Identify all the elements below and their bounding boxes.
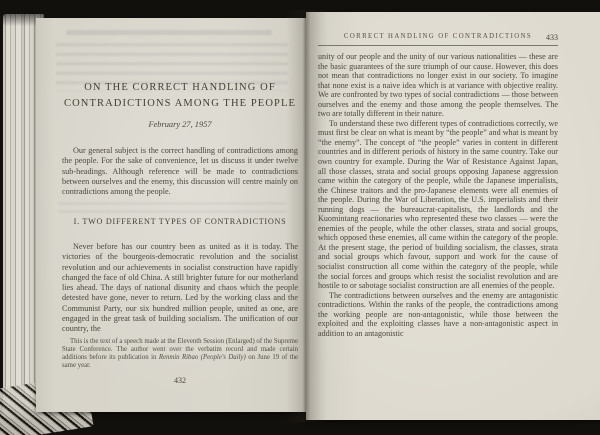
- page-number-left: 432: [62, 376, 298, 385]
- showthrough-running-head: [66, 30, 272, 35]
- body-paragraph: unity of our people and the unity of our…: [318, 52, 558, 119]
- body-paragraph: Never before has our country been as uni…: [62, 242, 298, 335]
- chapter-title-line1: ON THE CORRECT HANDLING OF: [62, 80, 298, 96]
- right-page: CORRECT HANDLING OF CONTRADICTIONS 433 u…: [306, 12, 600, 420]
- chapter-title: ON THE CORRECT HANDLING OF CONTRADICTION…: [62, 80, 298, 112]
- open-book-photo: ON THE CORRECT HANDLING OF CONTRADICTION…: [0, 0, 600, 435]
- body-paragraph: The contradictions between ourselves and…: [318, 291, 558, 339]
- body-paragraph: Our general subject is the correct handl…: [62, 146, 298, 197]
- section-heading: I. TWO DIFFERENT TYPES OF CONTRADICTIONS: [62, 217, 298, 226]
- left-page: ON THE CORRECT HANDLING OF CONTRADICTION…: [36, 18, 306, 412]
- body-paragraph: To understand these two different types …: [318, 119, 558, 291]
- chapter-date: February 27, 1957: [62, 120, 298, 129]
- body-text-column: unity of our people and the unity of our…: [318, 52, 558, 338]
- running-head-row: CORRECT HANDLING OF CONTRADICTIONS 433: [318, 33, 558, 43]
- running-head-rule: [318, 45, 558, 46]
- footnote-italic-title: Renmin Ribao (People's Daily): [159, 354, 246, 361]
- chapter-title-line2: CONTRADICTIONS AMONG THE PEOPLE: [62, 96, 298, 112]
- page-number-right: 433: [546, 33, 558, 42]
- running-head: CORRECT HANDLING OF CONTRADICTIONS: [318, 33, 558, 40]
- showthrough-text-block: [58, 202, 286, 214]
- footnote: This is the text of a speech made at the…: [62, 338, 298, 370]
